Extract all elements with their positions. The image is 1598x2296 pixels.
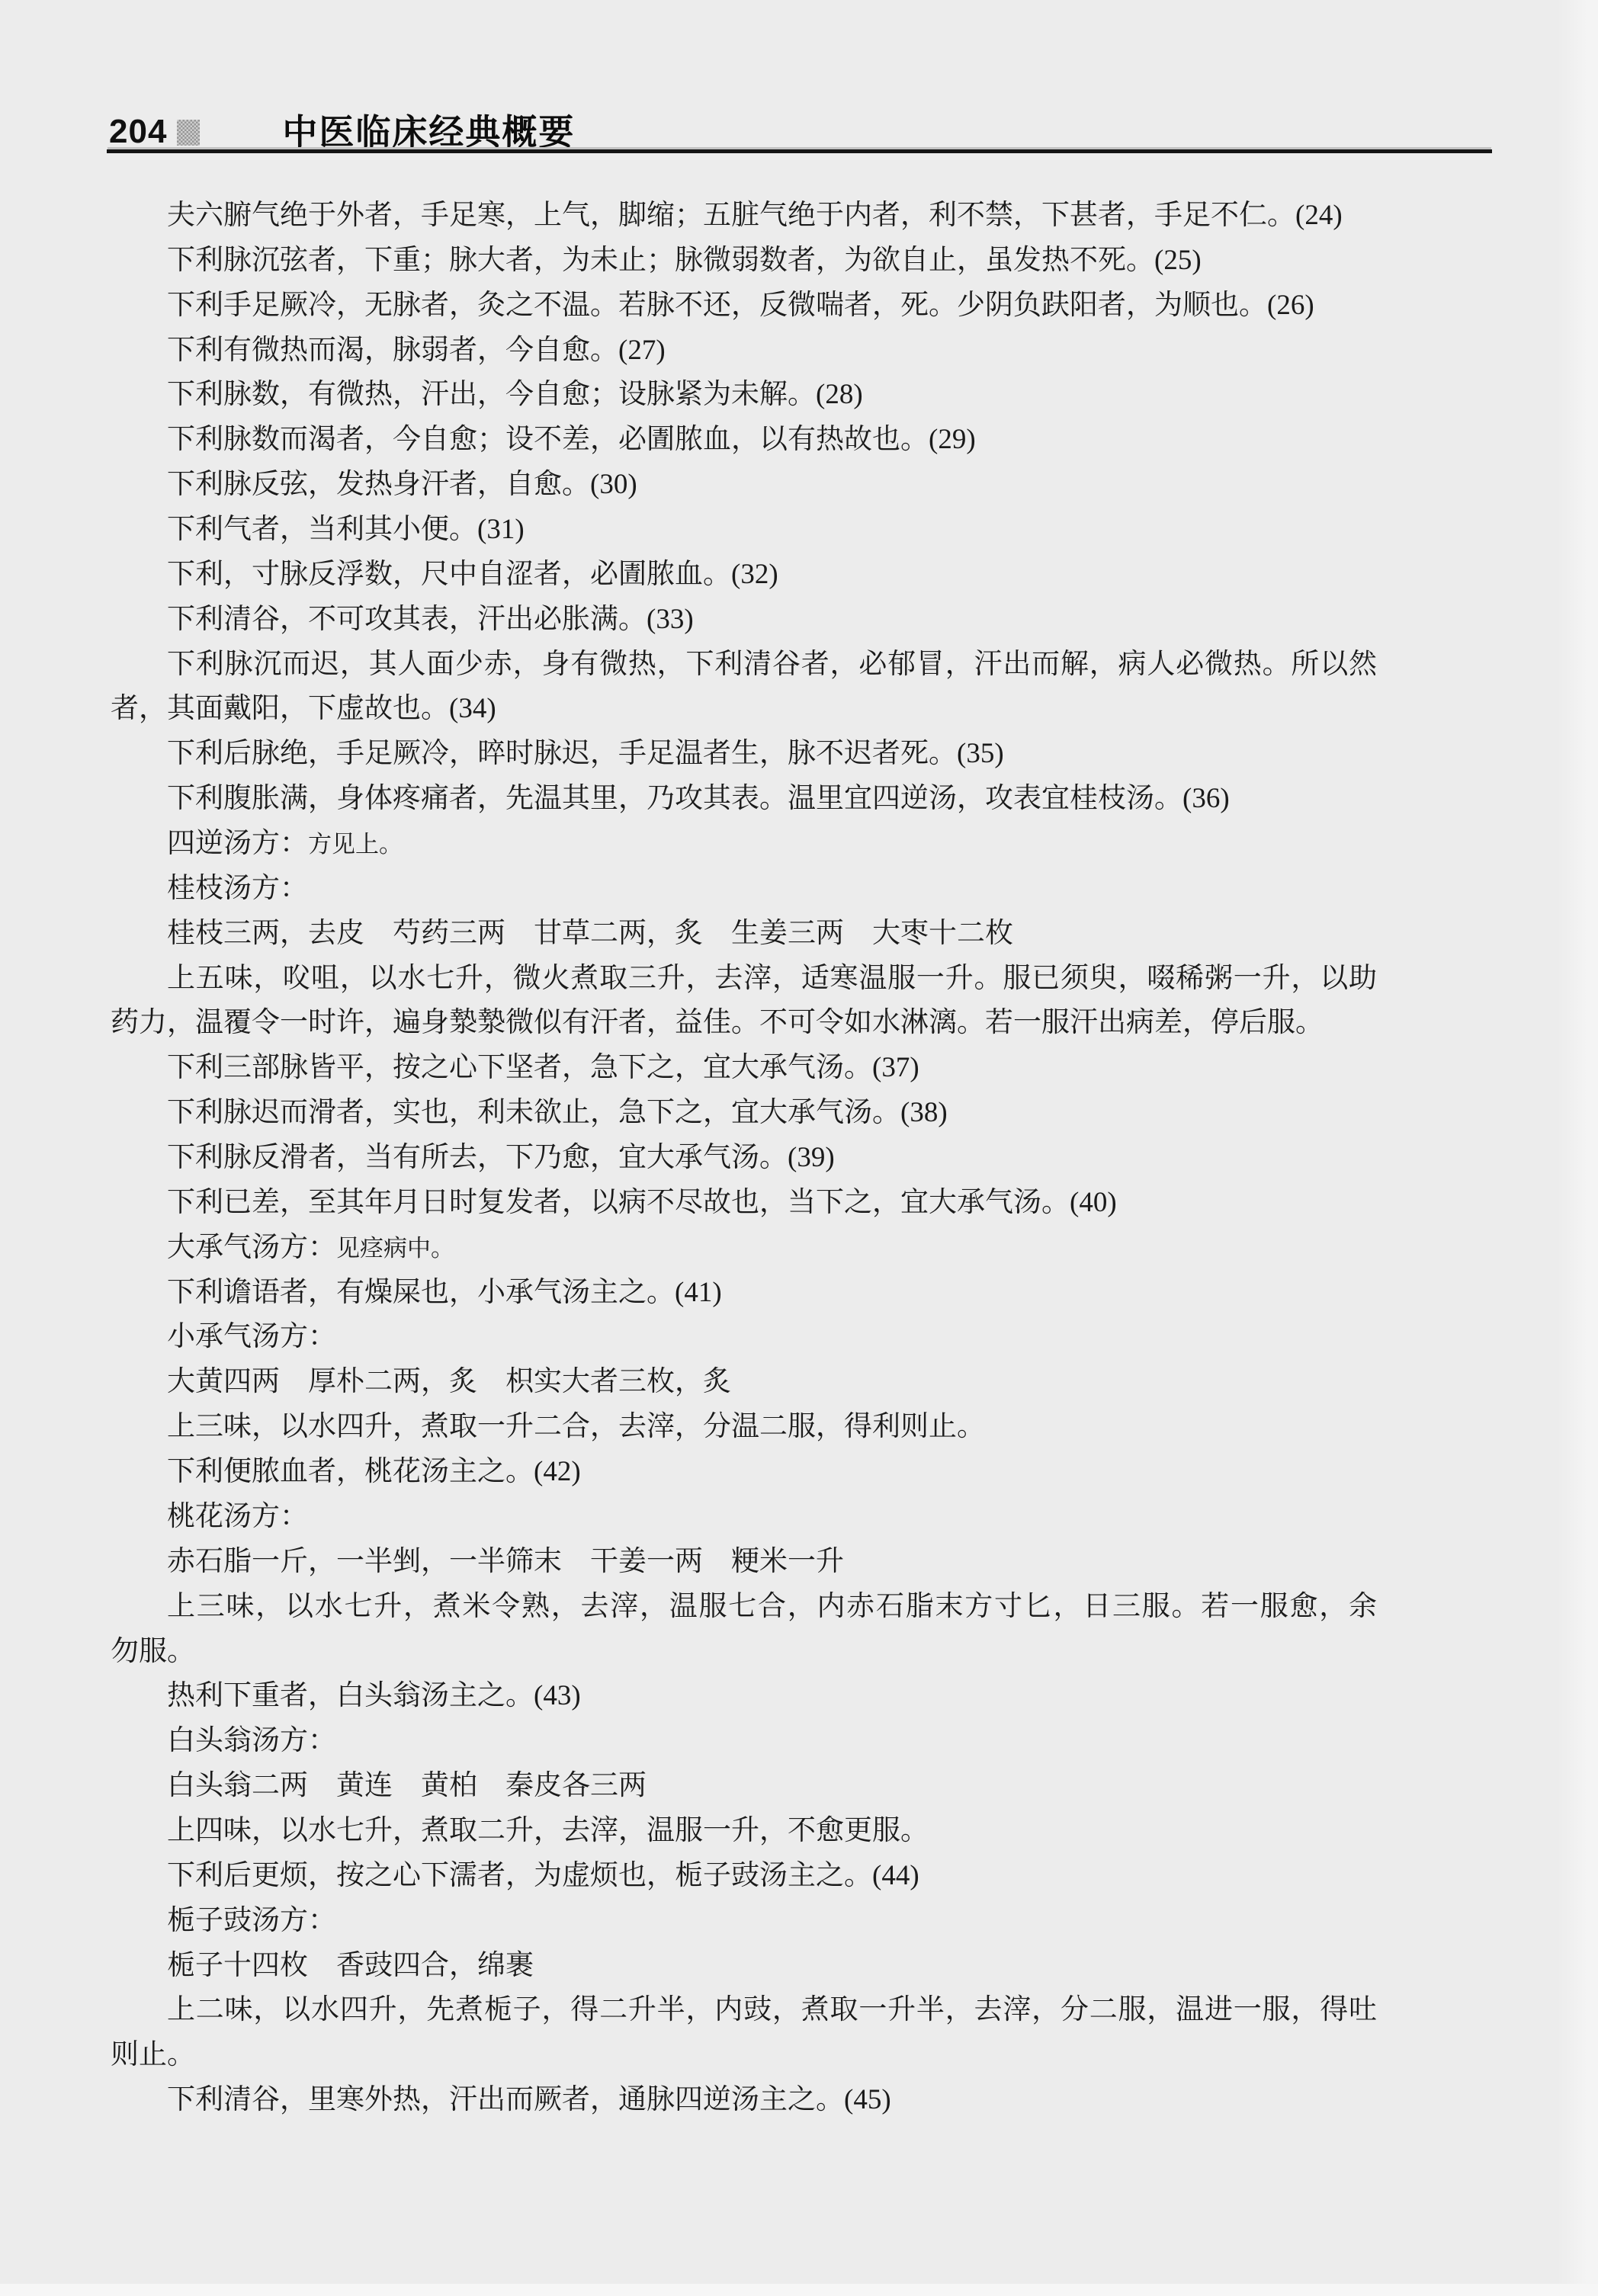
text-line: 下利便脓血者，桃花汤主之。(42) bbox=[111, 1450, 1377, 1495]
text-line: 下利有微热而渴，脉弱者，今自愈。(27) bbox=[111, 329, 1377, 374]
line-text: 下利，寸脉反浮数，尺中自涩者，必圊脓血。(32) bbox=[167, 559, 778, 590]
text-line: 下利脉沉弦者，下重；脉大者，为未止；脉微弱数者，为欲自止，虽发热不死。(25) bbox=[111, 239, 1377, 284]
line-text: 热利下重者，白头翁汤主之。(43) bbox=[167, 1680, 581, 1711]
running-head: 204 中医临床经典概要 bbox=[109, 111, 575, 152]
text-line: 上五味，㕮咀，以水七升，微火煮取三升，去滓，适寒温服一升。服已须臾，啜稀粥一升，… bbox=[111, 957, 1377, 1002]
text-line: 热利下重者，白头翁汤主之。(43) bbox=[111, 1674, 1377, 1719]
text-line: 下利后更烦，按之心下濡者，为虚烦也，栀子豉汤主之。(44) bbox=[111, 1854, 1377, 1899]
book-title: 中医临床经典概要 bbox=[282, 111, 575, 152]
line-text: 下利脉沉而迟，其人面少赤，身有微热，下利清谷者，必郁冒，汗出而解，病人必微热。所… bbox=[167, 649, 1377, 680]
line-text: 赤石脂一斤，一半剉，一半筛末 干姜一两 粳米一升 bbox=[167, 1546, 844, 1577]
line-text: 桃花汤方： bbox=[167, 1501, 308, 1532]
line-text: 上三味，以水四升，煮取一升二合，去滓，分温二服，得利则止。 bbox=[167, 1411, 985, 1442]
line-text: 桂枝汤方： bbox=[167, 873, 308, 904]
text-line: 白头翁二两 黄连 黄柏 秦皮各三两 bbox=[111, 1764, 1377, 1809]
line-text: 桂枝三两，去皮 芍药三两 甘草二两，炙 生姜三两 大枣十二枚 bbox=[167, 918, 1013, 949]
text-line: 下利脉数，有微热，汗出，今自愈；设脉紧为未解。(28) bbox=[111, 373, 1377, 418]
line-text: 白头翁二两 黄连 黄柏 秦皮各三两 bbox=[167, 1770, 647, 1801]
line-text: 下利气者，当利其小便。(31) bbox=[167, 514, 525, 545]
line-text: 下利谵语者，有燥屎也，小承气汤主之。(41) bbox=[167, 1277, 722, 1308]
text-line: 下利三部脉皆平，按之心下坚者，急下之，宜大承气汤。(37) bbox=[111, 1046, 1377, 1091]
line-text: 大承气汤方： bbox=[167, 1232, 336, 1263]
text-line: 则止。 bbox=[111, 2033, 1377, 2078]
text-line: 白头翁汤方： bbox=[111, 1719, 1377, 1764]
page-number: 204 bbox=[109, 111, 167, 152]
text-line: 小承气汤方： bbox=[111, 1315, 1377, 1360]
page-text: 夫六腑气绝于外者，手足寒，上气，脚缩；五脏气绝于内者，利不禁，下甚者，手足不仁。… bbox=[111, 194, 1377, 2123]
scan-edge-bottom bbox=[0, 2284, 1598, 2296]
line-text: 四逆汤方： bbox=[167, 828, 308, 859]
line-text: 下利腹胀满，身体疼痛者，先温其里，乃攻其表。温里宜四逆汤，攻表宜桂枝汤。(36) bbox=[167, 783, 1230, 814]
inline-note: 方见上。 bbox=[308, 831, 403, 858]
line-text: 则止。 bbox=[111, 2039, 195, 2070]
text-line: 赤石脂一斤，一半剉，一半筛末 干姜一两 粳米一升 bbox=[111, 1540, 1377, 1585]
scan-edge-right bbox=[1557, 0, 1598, 2296]
text-line: 下利气者，当利其小便。(31) bbox=[111, 508, 1377, 553]
line-text: 下利脉数，有微热，汗出，今自愈；设脉紧为未解。(28) bbox=[167, 379, 863, 410]
halftone-square-icon bbox=[177, 120, 200, 146]
line-text: 下利脉反弦，发热身汗者，自愈。(30) bbox=[167, 469, 637, 500]
book-page: 204 中医临床经典概要 夫六腑气绝于外者，手足寒，上气，脚缩；五脏气绝于内者，… bbox=[0, 0, 1598, 2296]
text-line: 者，其面戴阳，下虚故也。(34) bbox=[111, 687, 1377, 732]
text-line: 大黄四两 厚朴二两，炙 枳实大者三枚，炙 bbox=[111, 1360, 1377, 1405]
header-rule bbox=[107, 149, 1492, 153]
line-text: 栀子豉汤方： bbox=[167, 1905, 336, 1936]
text-line: 上二味，以水四升，先煮栀子，得二升半，内豉，煮取一升半，去滓，分二服，温进一服，… bbox=[111, 1988, 1377, 2033]
line-text: 下利手足厥冷，无脉者，灸之不温。若脉不还，反微喘者，死。少阴负趺阳者，为顺也。(… bbox=[167, 290, 1314, 321]
text-line: 下利脉沉而迟，其人面少赤，身有微热，下利清谷者，必郁冒，汗出而解，病人必微热。所… bbox=[111, 643, 1377, 688]
line-text: 下利已差，至其年月日时复发者，以病不尽故也，当下之，宜大承气汤。(40) bbox=[167, 1187, 1117, 1218]
line-text: 下利脉沉弦者，下重；脉大者，为未止；脉微弱数者，为欲自止，虽发热不死。(25) bbox=[167, 245, 1202, 276]
text-line: 下利清谷，不可攻其表，汗出必胀满。(33) bbox=[111, 598, 1377, 643]
text-line: 下利已差，至其年月日时复发者，以病不尽故也，当下之，宜大承气汤。(40) bbox=[111, 1181, 1377, 1226]
line-text: 栀子十四枚 香豉四合，绵裹 bbox=[167, 1950, 534, 1981]
text-line: 药力，温覆令一时许，遍身漐漐微似有汗者，益佳。不可令如水淋漓。若一服汗出病差，停… bbox=[111, 1001, 1377, 1046]
line-text: 夫六腑气绝于外者，手足寒，上气，脚缩；五脏气绝于内者，利不禁，下甚者，手足不仁。… bbox=[167, 200, 1343, 231]
line-text: 上三味，以水七升，煮米令熟，去滓，温服七合，内赤石脂末方寸匕，日三服。若一服愈，… bbox=[167, 1591, 1377, 1622]
text-line: 下利，寸脉反浮数，尺中自涩者，必圊脓血。(32) bbox=[111, 553, 1377, 598]
text-line: 夫六腑气绝于外者，手足寒，上气，脚缩；五脏气绝于内者，利不禁，下甚者，手足不仁。… bbox=[111, 194, 1377, 239]
text-line: 四逆汤方：方见上。 bbox=[111, 822, 1377, 867]
text-line: 下利腹胀满，身体疼痛者，先温其里，乃攻其表。温里宜四逆汤，攻表宜桂枝汤。(36) bbox=[111, 777, 1377, 822]
text-line: 下利脉反滑者，当有所去，下乃愈，宜大承气汤。(39) bbox=[111, 1136, 1377, 1181]
line-text: 下利脉数而渴者，今自愈；设不差，必圊脓血，以有热故也。(29) bbox=[167, 424, 976, 455]
text-line: 下利脉反弦，发热身汗者，自愈。(30) bbox=[111, 463, 1377, 508]
line-text: 下利有微热而渴，脉弱者，今自愈。(27) bbox=[167, 335, 666, 366]
line-text: 上四味，以水七升，煮取二升，去滓，温服一升，不愈更服。 bbox=[167, 1815, 929, 1846]
text-line: 下利脉数而渴者，今自愈；设不差，必圊脓血，以有热故也。(29) bbox=[111, 418, 1377, 463]
text-line: 上四味，以水七升，煮取二升，去滓，温服一升，不愈更服。 bbox=[111, 1809, 1377, 1854]
text-line: 栀子豉汤方： bbox=[111, 1899, 1377, 1944]
text-line: 桃花汤方： bbox=[111, 1495, 1377, 1540]
text-line: 上三味，以水四升，煮取一升二合，去滓，分温二服，得利则止。 bbox=[111, 1405, 1377, 1450]
line-text: 下利后更烦，按之心下濡者，为虚烦也，栀子豉汤主之。(44) bbox=[167, 1860, 919, 1891]
line-text: 下利脉迟而滑者，实也，利未欲止，急下之，宜大承气汤。(38) bbox=[167, 1097, 948, 1128]
line-text: 勿服。 bbox=[111, 1636, 195, 1667]
text-line: 下利脉迟而滑者，实也，利未欲止，急下之，宜大承气汤。(38) bbox=[111, 1091, 1377, 1136]
text-line: 大承气汤方：见痉病中。 bbox=[111, 1226, 1377, 1271]
line-text: 下利清谷，里寒外热，汗出而厥者，通脉四逆汤主之。(45) bbox=[167, 2084, 891, 2115]
text-line: 下利清谷，里寒外热，汗出而厥者，通脉四逆汤主之。(45) bbox=[111, 2078, 1377, 2123]
text-line: 上三味，以水七升，煮米令熟，去滓，温服七合，内赤石脂末方寸匕，日三服。若一服愈，… bbox=[111, 1585, 1377, 1630]
line-text: 药力，温覆令一时许，遍身漐漐微似有汗者，益佳。不可令如水淋漓。若一服汗出病差，停… bbox=[111, 1007, 1324, 1038]
line-text: 白头翁汤方： bbox=[167, 1725, 336, 1756]
text-line: 下利手足厥冷，无脉者，灸之不温。若脉不还，反微喘者，死。少阴负趺阳者，为顺也。(… bbox=[111, 284, 1377, 329]
line-text: 下利三部脉皆平，按之心下坚者，急下之，宜大承气汤。(37) bbox=[167, 1052, 919, 1083]
text-line: 栀子十四枚 香豉四合，绵裹 bbox=[111, 1944, 1377, 1989]
line-text: 下利便脓血者，桃花汤主之。(42) bbox=[167, 1456, 581, 1487]
inline-note: 见痉病中。 bbox=[336, 1235, 454, 1262]
text-line: 下利后脉绝，手足厥冷，晬时脉迟，手足温者生，脉不迟者死。(35) bbox=[111, 732, 1377, 777]
line-text: 下利清谷，不可攻其表，汗出必胀满。(33) bbox=[167, 604, 694, 635]
line-text: 上五味，㕮咀，以水七升，微火煮取三升，去滓，适寒温服一升。服已须臾，啜稀粥一升，… bbox=[167, 963, 1377, 994]
text-line: 桂枝三两，去皮 芍药三两 甘草二两，炙 生姜三两 大枣十二枚 bbox=[111, 912, 1377, 957]
line-text: 小承气汤方： bbox=[167, 1321, 336, 1352]
text-line: 下利谵语者，有燥屎也，小承气汤主之。(41) bbox=[111, 1271, 1377, 1316]
line-text: 下利后脉绝，手足厥冷，晬时脉迟，手足温者生，脉不迟者死。(35) bbox=[167, 738, 1004, 769]
line-text: 大黄四两 厚朴二两，炙 枳实大者三枚，炙 bbox=[167, 1366, 731, 1397]
line-text: 下利脉反滑者，当有所去，下乃愈，宜大承气汤。(39) bbox=[167, 1142, 835, 1173]
text-line: 桂枝汤方： bbox=[111, 867, 1377, 912]
line-text: 上二味，以水四升，先煮栀子，得二升半，内豉，煮取一升半，去滓，分二服，温进一服，… bbox=[167, 1994, 1377, 2025]
line-text: 者，其面戴阳，下虚故也。(34) bbox=[111, 693, 496, 724]
text-line: 勿服。 bbox=[111, 1630, 1377, 1675]
